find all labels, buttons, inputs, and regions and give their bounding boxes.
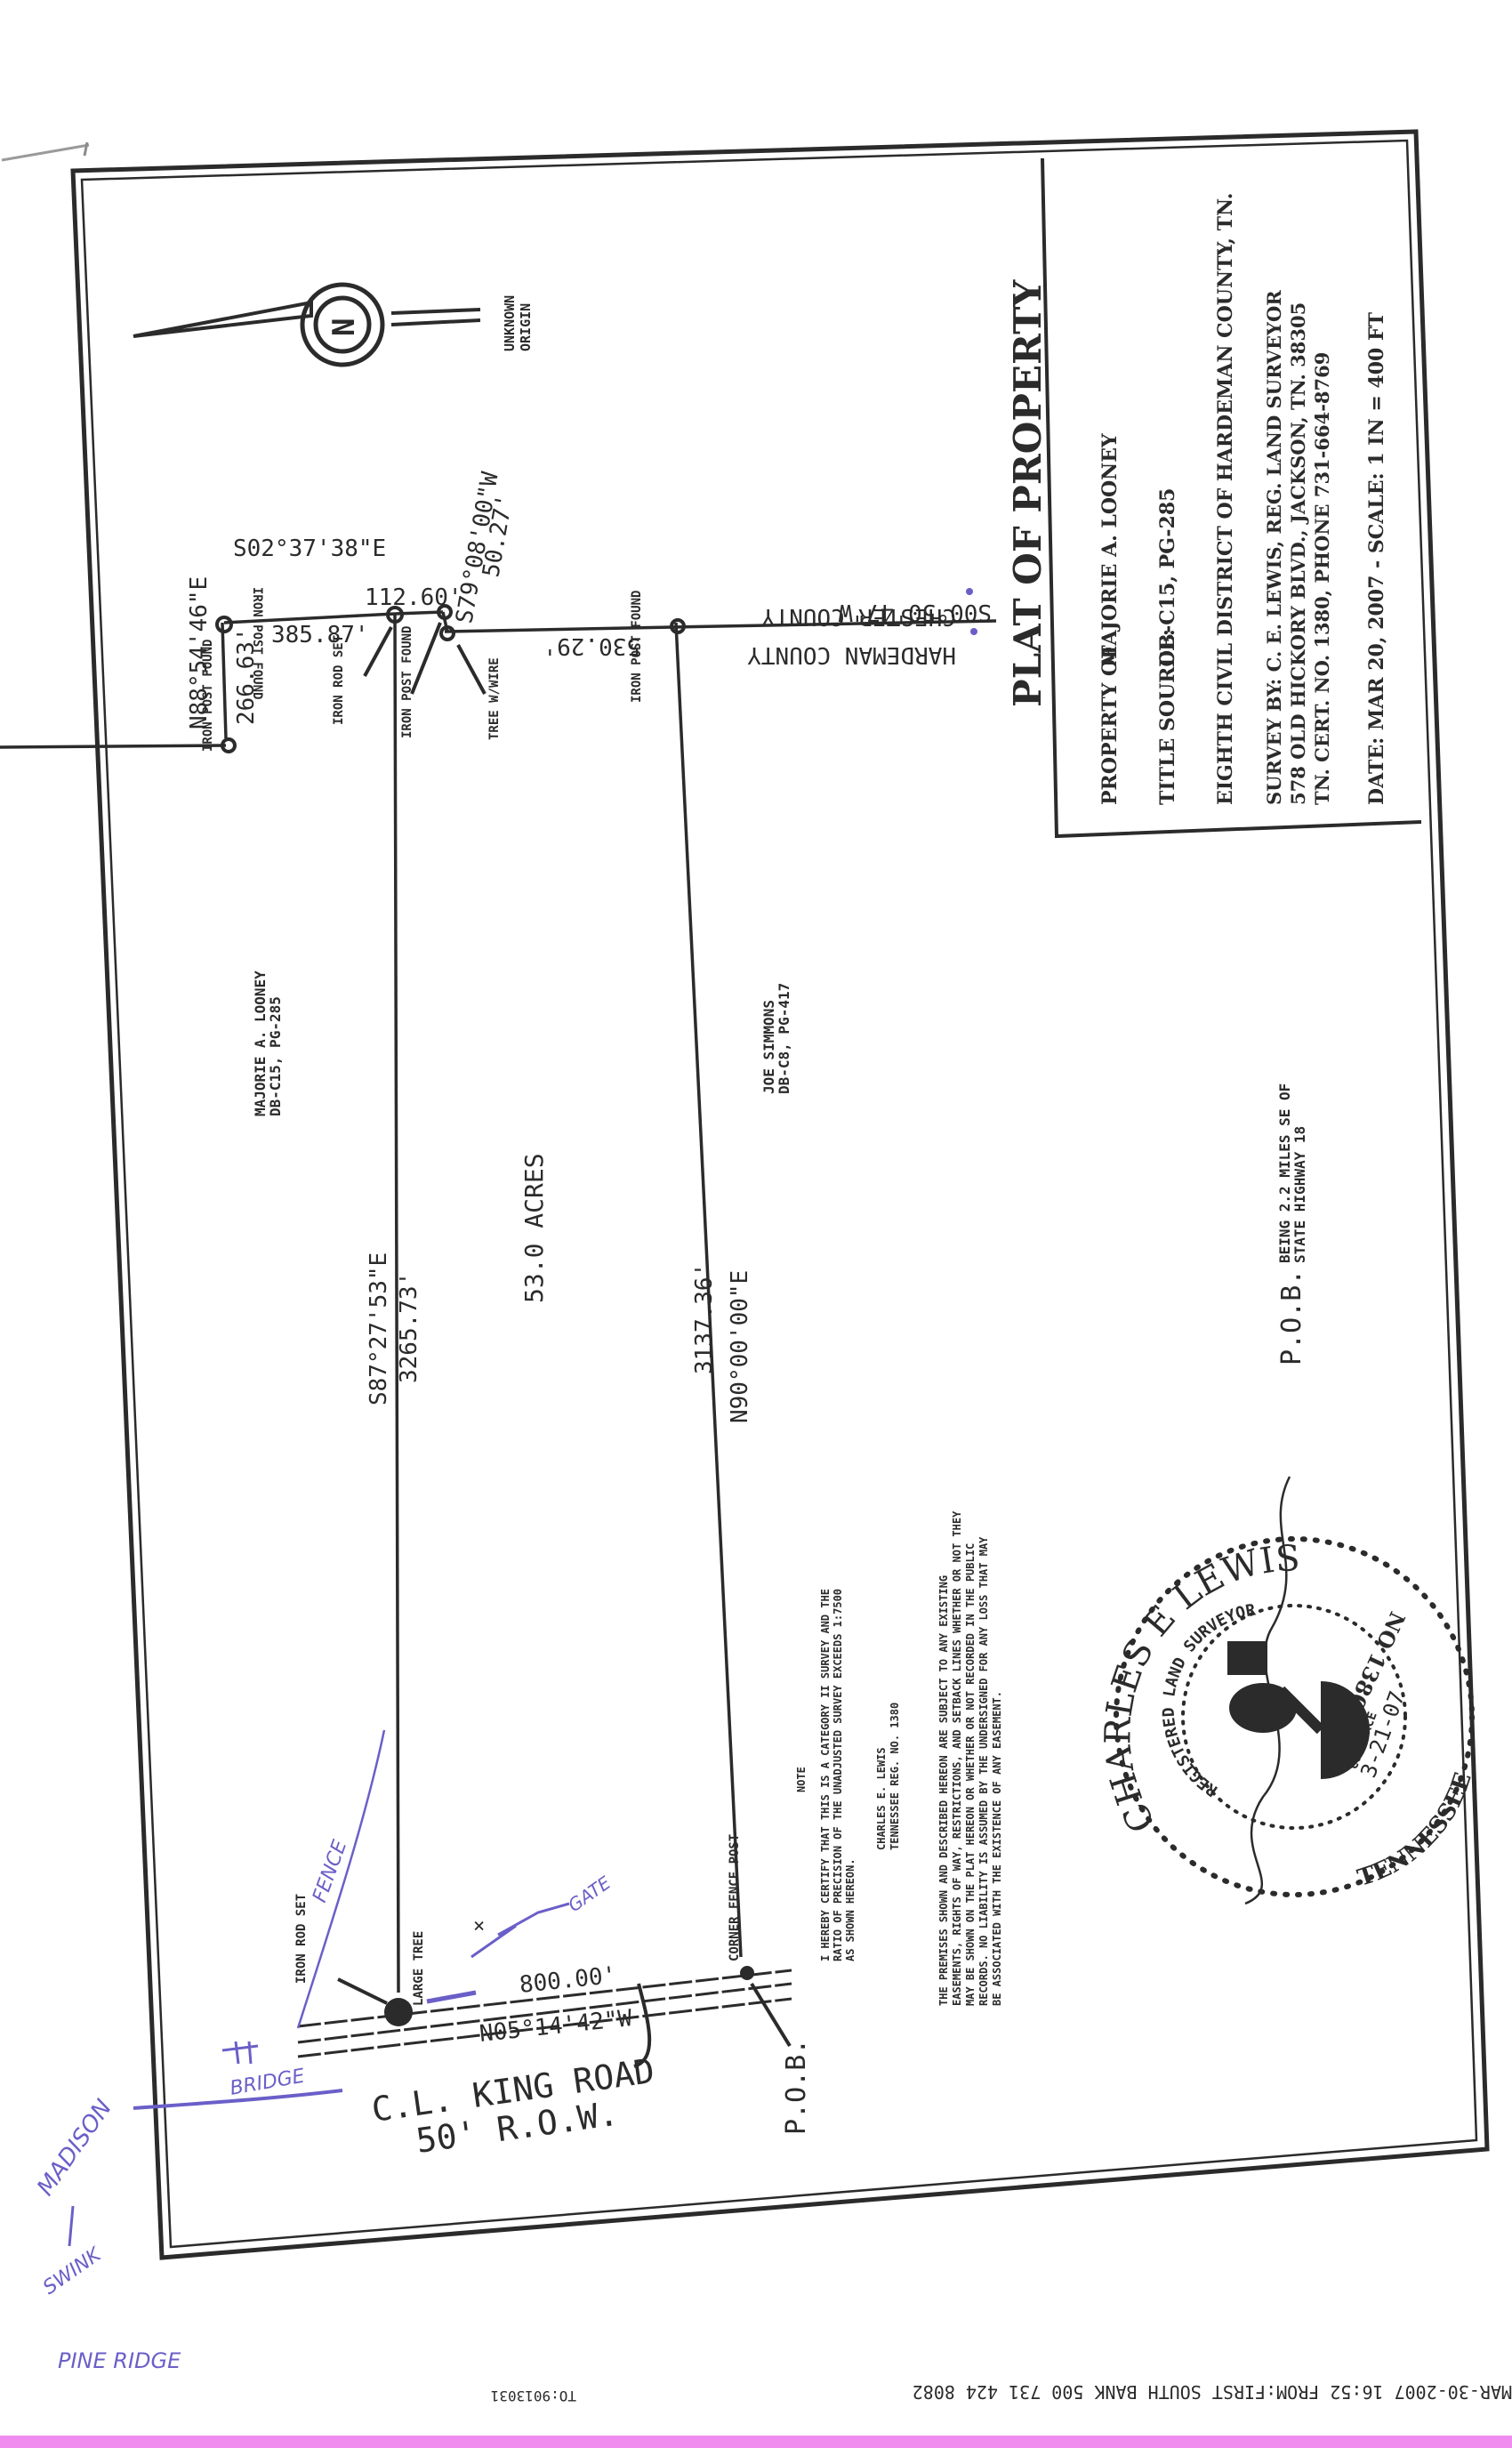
north-line-bearing: S87°27'53"E [366, 1252, 392, 1405]
svg-text:TREE W/WIRE: TREE W/WIRE [487, 657, 502, 740]
hw-fence: FENCE [309, 1837, 351, 1905]
svg-text:TENNESSEE REG. NO. 1380: TENNESSEE REG. NO. 1380 [889, 1703, 901, 1850]
svg-text:IRON ROD SET: IRON ROD SET [332, 635, 346, 725]
svg-text:DB-C15, PG-285: DB-C15, PG-285 [267, 996, 284, 1116]
jog-distance: 112.60' [365, 584, 462, 611]
svg-text:BE ASSOCIATED WITH THE EXISTEN: BE ASSOCIATED WITH THE EXISTENCE OF ANY … [991, 1691, 1003, 2006]
area-label: 53.0 ACRES [519, 1153, 549, 1303]
south-line-bearing: N90°00'00"E [727, 1270, 753, 1423]
scan-edge-bar [0, 2436, 1512, 2448]
disclaimer: THE PREMISES SHOWN AND DESCRIBED HEREON … [937, 1510, 1003, 2006]
certification-note: NOTE I HEREBY CERTIFY THAT THIS IS A CAT… [795, 1589, 901, 1961]
road-distance: 800.00' [519, 1962, 618, 1999]
north-letter: N [326, 318, 362, 336]
survey-by-line: SURVEY BY: C. E. LEWIS, REG. LAND SURVEY… [1263, 290, 1285, 805]
county-south: HARDEMAN COUNTY [747, 641, 956, 668]
fax-header: MAR-30-2007 16:52 FROM:FIRST SOUTH BANK … [913, 2381, 1512, 2403]
x-mark: × [473, 1915, 485, 1937]
svg-text:CORNER FENCE POST: CORNER FENCE POST [728, 1834, 742, 1961]
adjoiners: MAJORIE A. LOONEY DB-C15, PG-285 JOE SIM… [252, 588, 977, 1116]
handwritten-annotations: FENCE GATE × BRIDGE MADISON SWINK PINE R… [32, 1730, 615, 2373]
svg-text:I HEREBY CERTIFY THAT THIS IS: I HEREBY CERTIFY THAT THIS IS A CATEGORY… [819, 1589, 832, 1961]
plat-title: PLAT OF PROPERTY [1006, 279, 1050, 707]
property-of-label: PROPERTY OF [1098, 645, 1122, 805]
hw-swink: SWINK [39, 2243, 106, 2299]
svg-text:MAY BE SHOWN ON THE PLAT HEREO: MAY BE SHOWN ON THE PLAT HEREON OR WHETH… [964, 1543, 977, 2006]
surveyor-seal: CHARLES E LEWIS REGISTERED LAND SURVEYOR… [1098, 1477, 1477, 1904]
surveyor-address: 578 OLD HICKORY BLVD., JACKSON, TN. 3830… [1287, 302, 1309, 805]
north-note-line2: ORIGIN [518, 303, 534, 351]
monument-labels: IRON POST FOUND IRON POST FOUND IRON ROD… [201, 587, 742, 2006]
pob-label: P.O.B. [1276, 1269, 1307, 1365]
north-arrow: N UNKNOWN ORIGIN [133, 285, 534, 365]
svg-text:NOTE: NOTE [795, 1767, 808, 1792]
county-north: CHESTER COUNTY [761, 603, 956, 630]
district-line: EIGHTH CIVIL DISTRICT OF HARDEMAN COUNTY… [1214, 193, 1237, 805]
monuments [217, 606, 754, 2026]
hw-gate: GATE [564, 1872, 615, 1916]
north-note-line1: UNKNOWN [502, 295, 518, 351]
left-bearing: N88°54'46"E [186, 576, 213, 729]
svg-text:IRON ROD SET: IRON ROD SET [294, 1894, 309, 1984]
top-distance: 385.87' [271, 622, 369, 648]
pob-description-2: STATE HIGHWAY 18 [1291, 1126, 1308, 1263]
east-distance: 530.29' [543, 632, 640, 659]
svg-text:EASEMENTS, RIGHTS OF WAY, REST: EASEMENTS, RIGHTS OF WAY, RESTRICTIONS, … [951, 1510, 963, 2006]
parcel-boundary [0, 612, 996, 1993]
svg-text:RATIO OF PRECISION OF THE UNAD: RATIO OF PRECISION OF THE UNADJUSTED SUR… [832, 1589, 844, 1961]
north-line-distance: 3265.73' [396, 1272, 422, 1383]
south-line-distance: 3137.36' [691, 1263, 718, 1374]
pob-label-road: P.O.B. [781, 2039, 812, 2135]
svg-text:THE PREMISES SHOWN AND DESCRIB: THE PREMISES SHOWN AND DESCRIBED HEREON … [937, 1575, 950, 2006]
staple-mark [2, 142, 89, 160]
title-source-value: DB-C15, PG-285 [1156, 488, 1179, 667]
left-distance: 266.63' [233, 627, 260, 725]
svg-text:DB-C8, PG-417: DB-C8, PG-417 [776, 983, 792, 1094]
svg-text:RECORDS. NO LIABILITY IS ASSUM: RECORDS. NO LIABILITY IS ASSUMED BY THE … [977, 1536, 990, 2006]
hw-pine-ridge: PINE RIDGE [58, 2348, 181, 2373]
svg-text:LARGE TREE: LARGE TREE [412, 1931, 426, 2006]
seal-state: TENNESSEE [1355, 1769, 1477, 1892]
plat-document: PLAT OF PROPERTY PROPERTY OF MAJORIE A. … [0, 0, 1512, 2448]
hw-madison: MADISON [32, 2095, 117, 2201]
top-bearing: S02°37'38"E [233, 535, 386, 562]
road-label: C.L. KING ROAD 50' R.O.W. [369, 2051, 656, 2161]
svg-text:IRON POST FOUND: IRON POST FOUND [400, 626, 414, 738]
title-block: PLAT OF PROPERTY PROPERTY OF MAJORIE A. … [1006, 158, 1421, 836]
svg-text:CHARLES E. LEWIS: CHARLES E. LEWIS [875, 1747, 888, 1850]
date-scale-line: DATE: MAR 20, 2007 - SCALE: 1 IN = 400 F… [1365, 311, 1388, 805]
svg-text:AS SHOWN HEREON.: AS SHOWN HEREON. [844, 1858, 857, 1961]
surveyor-cert-phone: TN. CERT. NO. 1380, PHONE 731-664-8769 [1311, 352, 1333, 805]
fax-fragment: TO:9013031 [491, 2388, 576, 2404]
calls: S87°27'53"E 3265.73' 3137.36' N90°00'00"… [186, 470, 992, 2048]
property-of-value: MAJORIE A. LOONEY [1098, 433, 1122, 667]
